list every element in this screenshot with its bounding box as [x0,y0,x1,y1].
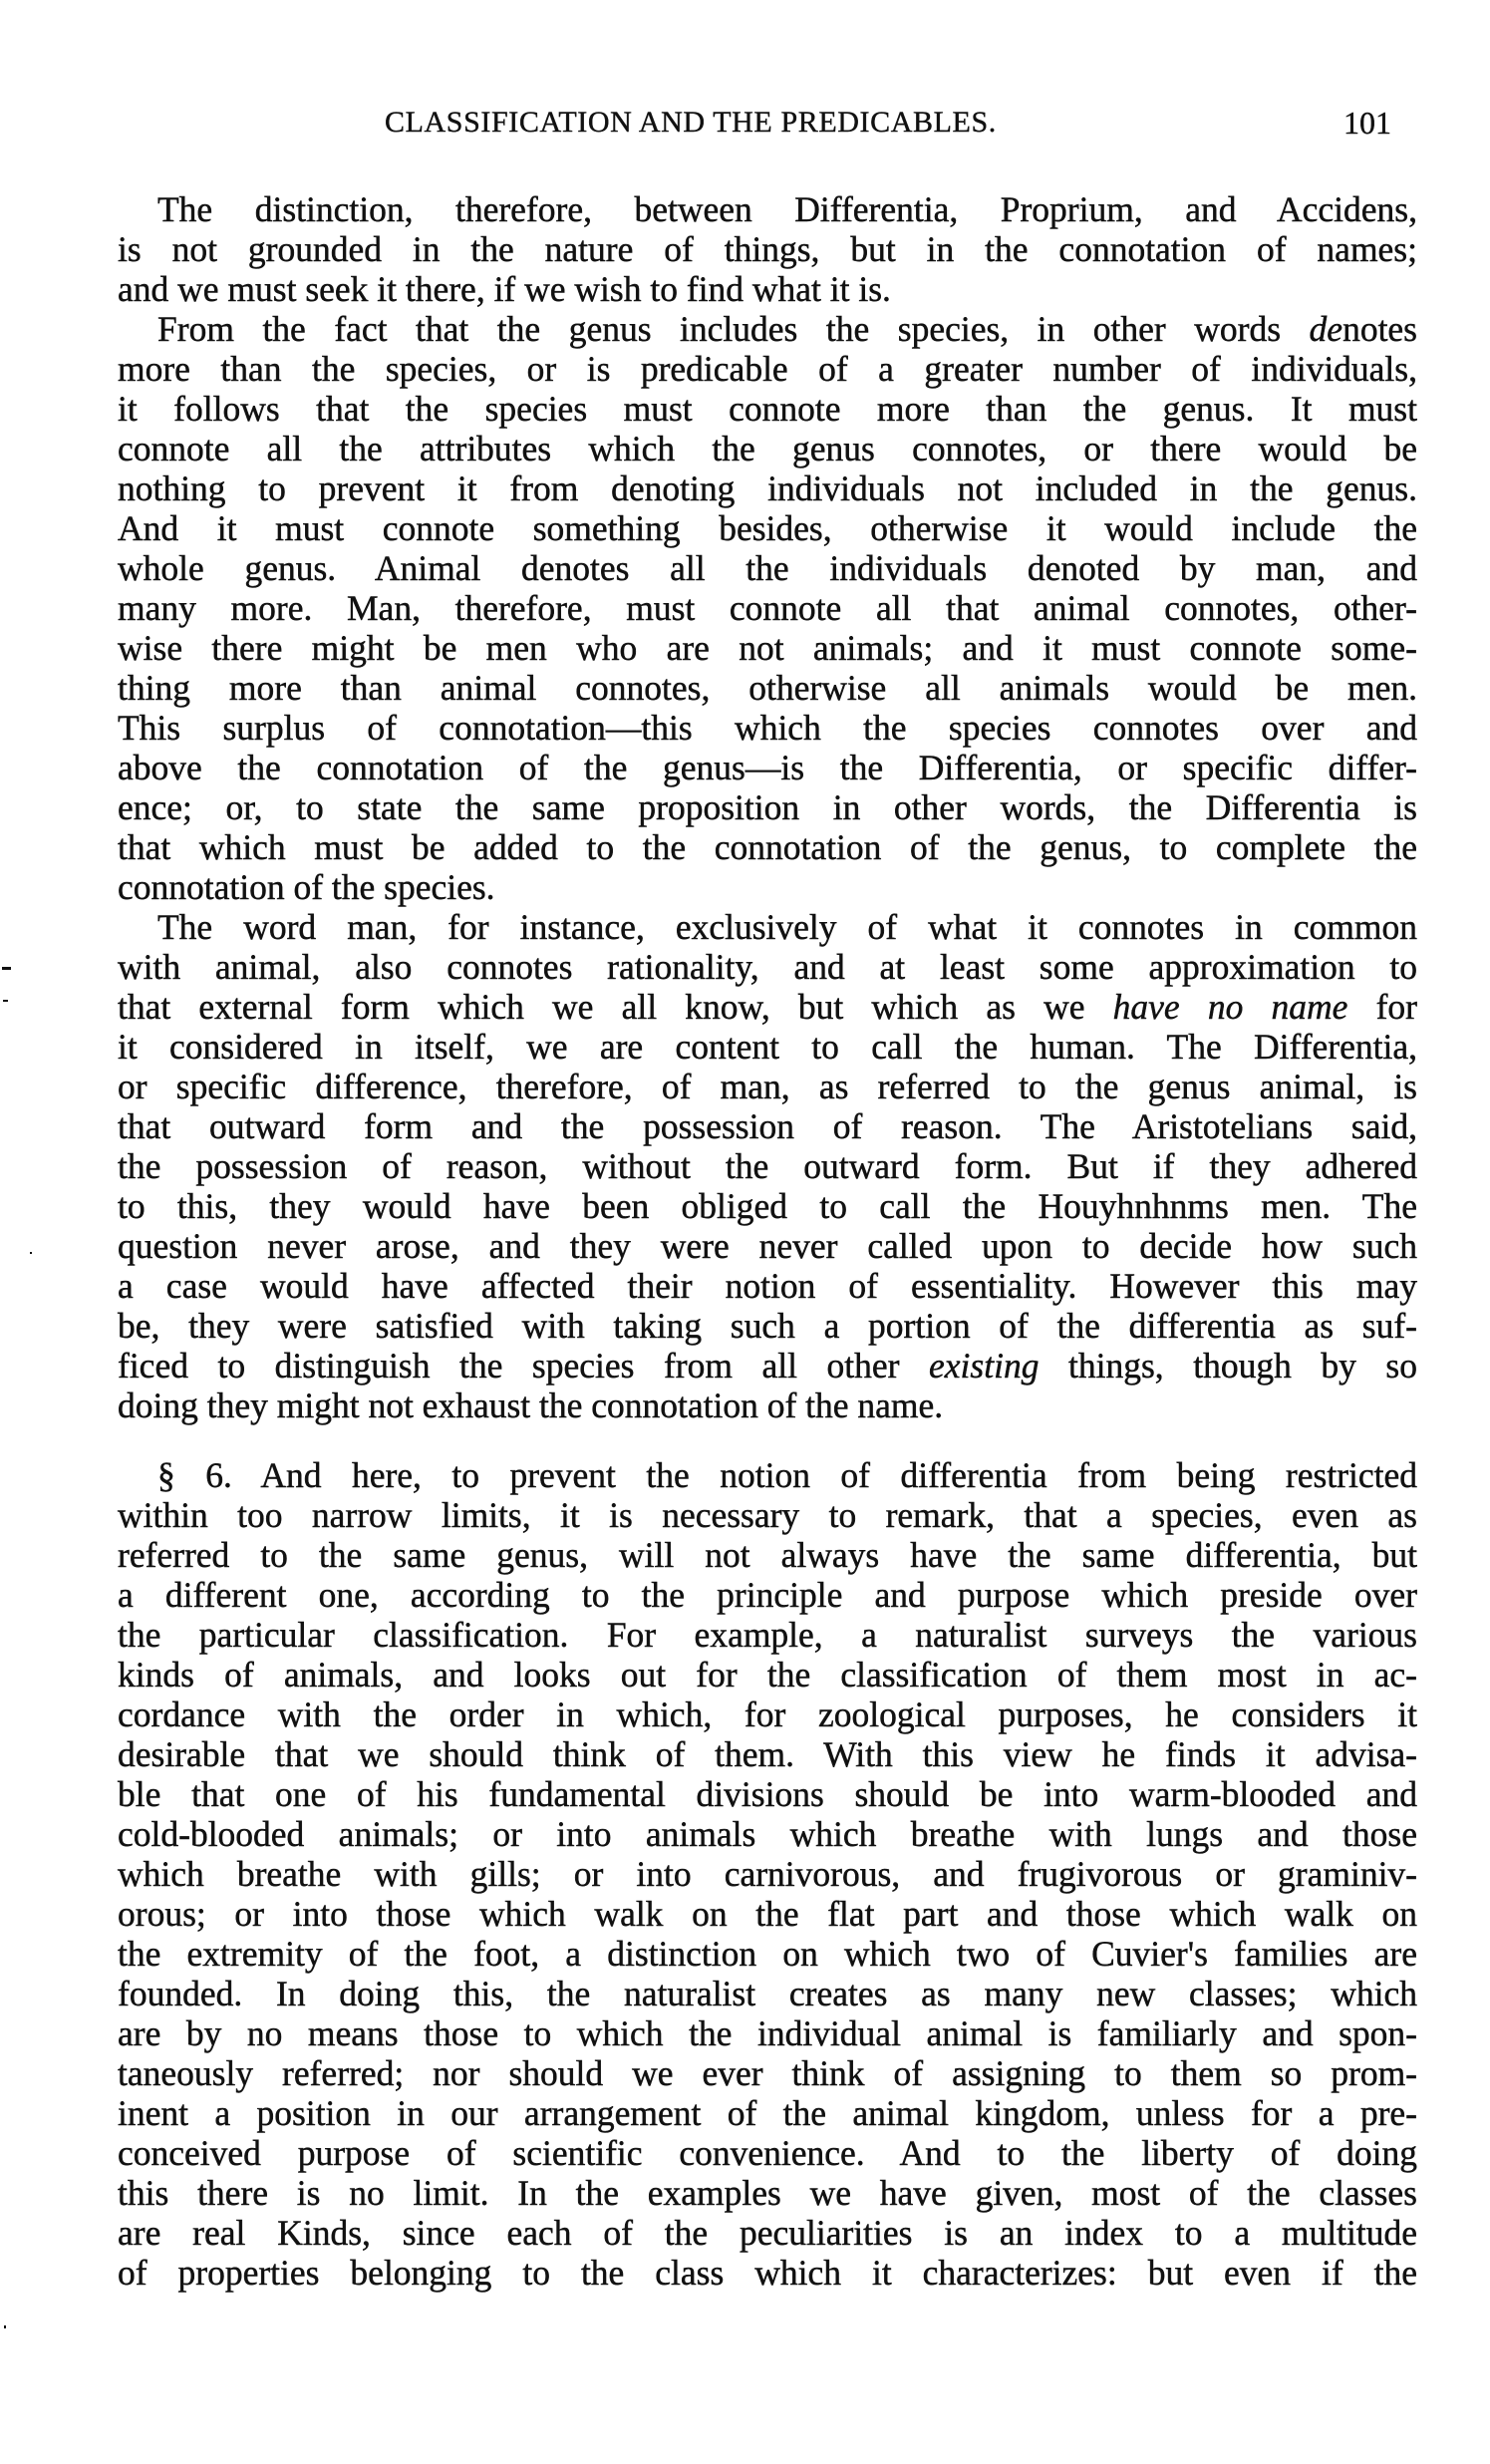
text-run: things, though by so [1039,1346,1417,1386]
text-line: within too narrow limits, it is necessar… [118,1495,1417,1535]
paragraph: The distinction, therefore, between Diff… [118,189,1417,309]
text-line: connotation of the species. [118,867,1417,907]
scan-mark [2,967,11,970]
text-line: it considered in itself, we are content … [118,1027,1417,1067]
text-line: this there is no limit. In the examples … [118,2173,1417,2213]
text-line: which breathe with gills; or into carniv… [118,1854,1417,1894]
italic-run: existing [929,1346,1039,1386]
text-line: taneously referred; nor should we ever t… [118,2053,1417,2093]
text-line: are real Kinds, since each of the peculi… [118,2213,1417,2253]
text-run: notes [1342,309,1417,349]
text-line: wise there might be men who are not anim… [118,628,1417,668]
text-line: the particular classification. For examp… [118,1615,1417,1655]
text-line: to this, they would have been obliged to… [118,1186,1417,1226]
text-run: that external form which we all know, bu… [118,987,1113,1027]
text-line: with animal, also connotes rationality, … [118,947,1417,987]
text-line: doing they might not exhaust the connota… [118,1386,1417,1425]
text-line: the extremity of the foot, a distinction… [118,1934,1417,1974]
text-line: be, they were satisfied with taking such… [118,1306,1417,1346]
text-line: orous; or into those which walk on the f… [118,1894,1417,1934]
paragraph: The word man, for instance, exclusively … [118,907,1417,1425]
text-line: that external form which we all know, bu… [118,987,1417,1027]
italic-run: have no name [1113,987,1348,1027]
text-line: ble that one of his fundamental division… [118,1774,1417,1814]
text-line: more than the species, or is predicable … [118,349,1417,389]
text-line: founded. In doing this, the naturalist c… [118,1974,1417,2013]
text-line: or specific difference, therefore, of ma… [118,1067,1417,1106]
scan-mark [30,1252,32,1254]
paragraph: § 6. And here, to prevent the notion of … [118,1455,1417,2293]
running-title: CLASSIFICATION AND THE PREDICABLES. [385,103,1172,143]
text-line: the possession of reason, without the ou… [118,1146,1417,1186]
page-header: CLASSIFICATION AND THE PREDICABLES. 101 [0,103,1490,143]
text-run: ficed to distinguish the species from al… [118,1346,929,1386]
text-line: that outward form and the possession of … [118,1106,1417,1146]
text-line: whole genus. Animal denotes all the indi… [118,548,1417,588]
text-line: that which must be added to the connotat… [118,827,1417,867]
text-line: The word man, for instance, exclusively … [118,907,1417,947]
text-line: it follows that the species must connote… [118,389,1417,429]
text-line: kinds of animals, and looks out for the … [118,1655,1417,1694]
scan-mark [3,1000,8,1002]
scan-mark [4,2325,6,2328]
text-line: is not grounded in the nature of things,… [118,229,1417,269]
section-heading-line: § 6. And here, to prevent the notion of … [118,1455,1417,1495]
text-run: From the fact that the genus includes th… [157,309,1310,349]
text-line: above the connotation of the genus—is th… [118,748,1417,787]
text-line: nothing to prevent it from denoting indi… [118,468,1417,508]
text-line: cordance with the order in which, for zo… [118,1694,1417,1734]
page-number: 101 [1343,103,1391,143]
text-line: inent a position in our arrangement of t… [118,2093,1417,2133]
text-line: cold-blooded animals; or into animals wh… [118,1814,1417,1854]
text-line: a different one, according to the princi… [118,1575,1417,1615]
text-line: This surplus of connotation—this which t… [118,708,1417,748]
text-line: connote all the attributes which the gen… [118,429,1417,468]
text-line: are by no means those to which the indiv… [118,2013,1417,2053]
paragraph: From the fact that the genus includes th… [118,309,1417,907]
text-line: thing more than animal connotes, otherwi… [118,668,1417,708]
text-line: and we must seek it there, if we wish to… [118,269,1417,309]
text-line: From the fact that the genus includes th… [118,309,1417,349]
text-line: The distinction, therefore, between Diff… [118,189,1417,229]
text-line: ence; or, to state the same proposition … [118,787,1417,827]
text-line: of properties belonging to the class whi… [118,2253,1417,2293]
text-line: many more. Man, therefore, must connote … [118,588,1417,628]
italic-run: de [1310,309,1343,349]
body-text-upper: The distinction, therefore, between Diff… [118,189,1417,1425]
text-line: referred to the same genus, will not alw… [118,1535,1417,1575]
text-line: And it must connote something besides, o… [118,508,1417,548]
text-line: desirable that we should think of them. … [118,1734,1417,1774]
body-text-section-6: § 6. And here, to prevent the notion of … [118,1455,1417,2293]
text-line: a case would have affected their notion … [118,1266,1417,1306]
text-line: ficed to distinguish the species from al… [118,1346,1417,1386]
text-line: question never arose, and they were neve… [118,1226,1417,1266]
text-line: conceived purpose of scientific convenie… [118,2133,1417,2173]
text-run: for [1347,987,1417,1027]
